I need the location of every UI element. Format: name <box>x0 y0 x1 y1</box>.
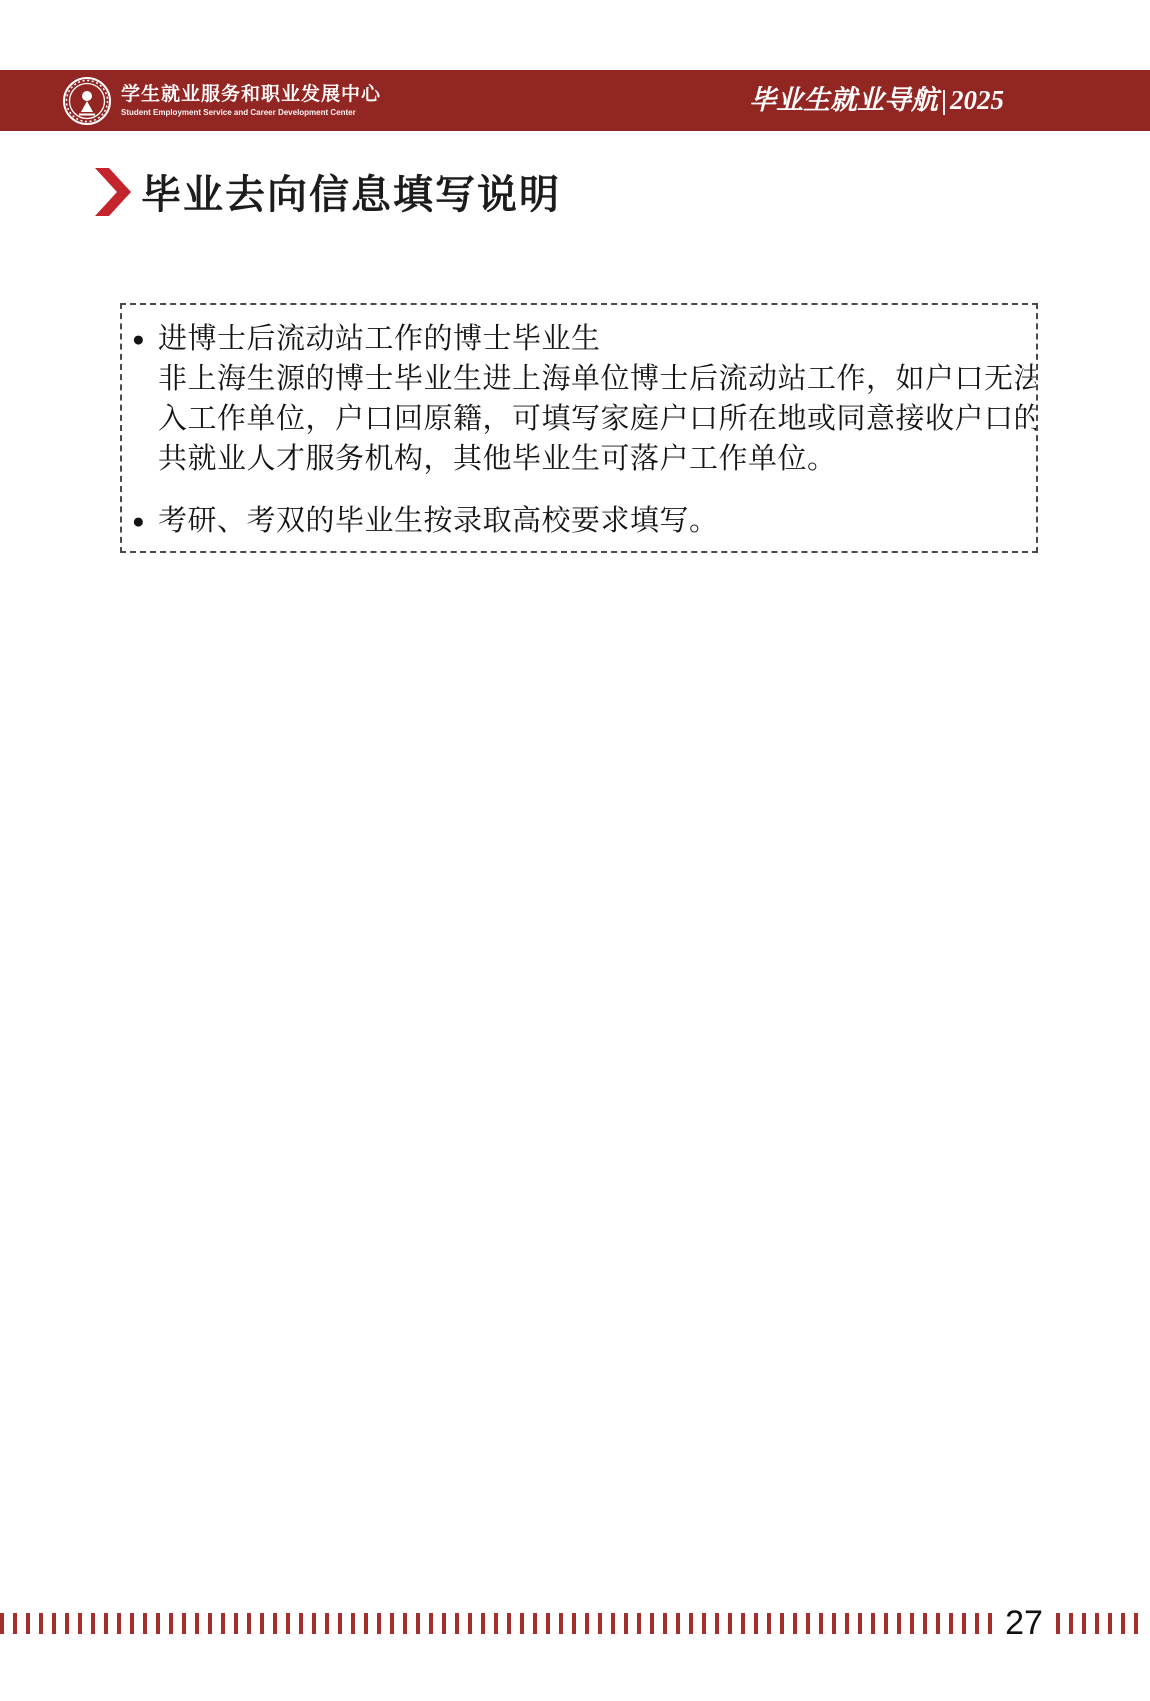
banner-year: 2025 <box>950 85 1004 115</box>
chevron-right-icon <box>95 168 131 216</box>
org-name-en: Student Employment Service and Career De… <box>121 108 381 118</box>
notice-item: ● 进博士后流动站工作的博士毕业生 非上海生源的博士毕业生进上海单位博士后流动站… <box>132 319 1020 479</box>
bullet-icon: ● <box>132 319 158 479</box>
bullet-icon: ● <box>132 501 158 541</box>
banner-title: 毕业生就业导航|2025 <box>749 70 1004 131</box>
page-title: 毕业去向信息填写说明 <box>141 163 561 220</box>
notice-box: ● 进博士后流动站工作的博士毕业生 非上海生源的博士毕业生进上海单位博士后流动站… <box>120 303 1038 553</box>
page-number: 27 <box>992 1612 1056 1634</box>
section-title: 毕业去向信息填写说明 <box>95 163 561 220</box>
notice-body-line: 共就业人才服务机构，其他毕业生可落户工作单位。 <box>158 439 1020 479</box>
university-seal-logo <box>62 76 112 126</box>
footer-ticks-left <box>0 1613 992 1634</box>
notice-body-line: 非上海生源的博士毕业生进上海单位博士后流动站工作，如户口无法迁 <box>158 359 1020 399</box>
university-seal-icon <box>62 76 112 126</box>
notice-item: ● 考研、考双的毕业生按录取高校要求填写。 <box>132 501 1020 541</box>
header-bar: 学生就业服务和职业发展中心 Student Employment Service… <box>0 70 1150 131</box>
notice-body-line: 入工作单位，户口回原籍，可填写家庭户口所在地或同意接收户口的公 <box>158 399 1020 439</box>
footer-ticks-right <box>1056 1613 1142 1634</box>
notice-item-content: 进博士后流动站工作的博士毕业生 非上海生源的博士毕业生进上海单位博士后流动站工作… <box>158 319 1020 479</box>
notice-item-heading: 考研、考双的毕业生按录取高校要求填写。 <box>158 501 1020 541</box>
footer: 27 <box>0 1612 1150 1634</box>
banner-divider: | <box>938 85 950 115</box>
org-name-zh: 学生就业服务和职业发展中心 <box>121 84 381 106</box>
notice-item-heading: 进博士后流动站工作的博士毕业生 <box>158 319 1020 359</box>
banner-title-text: 毕业生就业导航 <box>749 85 938 115</box>
org-name-block: 学生就业服务和职业发展中心 Student Employment Service… <box>121 84 381 118</box>
notice-item-content: 考研、考双的毕业生按录取高校要求填写。 <box>158 501 1020 541</box>
